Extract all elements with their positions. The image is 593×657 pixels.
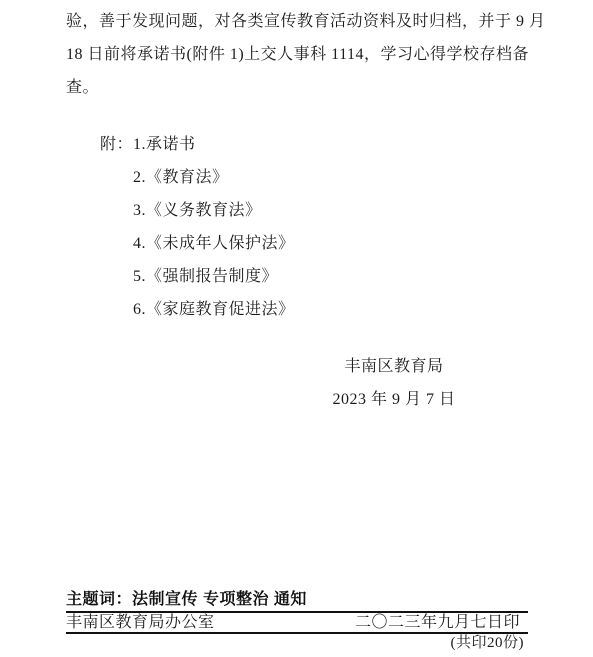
body-line: 18 日前将承诺书(附件 1)上交人事科 1114，学习心得学校存档备: [66, 38, 536, 71]
signature-block: 丰南区教育局 2023 年 9 月 7 日: [258, 350, 530, 416]
office-row: 丰南区教育局办公室 二〇二三年九月七日印: [66, 613, 528, 632]
attachments-block: 附： 1.承诺书 2.《教育法》 3.《义务教育法》 4.《未成年人保护法》 5…: [100, 128, 295, 326]
issuing-office: 丰南区教育局办公室: [66, 614, 215, 631]
attachment-item: 2.《教育法》: [133, 161, 295, 194]
footer-block: 主题词：法制宣传 专项整治 通知 丰南区教育局办公室 二〇二三年九月七日印 (共…: [66, 590, 528, 652]
attachment-item: 4.《未成年人保护法》: [133, 227, 295, 260]
document-page: 验，善于发现问题，对各类宣传教育活动资料及时归档，并于 9 月 18 日前将承诺…: [0, 0, 593, 657]
subject-keywords-line: 主题词：法制宣传 专项整治 通知: [66, 590, 528, 609]
body-line: 查。: [66, 71, 536, 104]
copies-row: (共印20份): [66, 634, 528, 652]
signature-org: 丰南区教育局: [258, 350, 530, 383]
attachment-item: 5.《强制报告制度》: [133, 260, 295, 293]
signature-date: 2023 年 9 月 7 日: [258, 383, 530, 416]
attachment-item: 3.《义务教育法》: [133, 194, 295, 227]
attachment-item: 1.承诺书: [133, 128, 295, 161]
attachments-label: 附：: [100, 128, 133, 326]
body-paragraph: 验，善于发现问题，对各类宣传教育活动资料及时归档，并于 9 月 18 日前将承诺…: [66, 5, 536, 104]
attachment-item: 6.《家庭教育促进法》: [133, 293, 295, 326]
attachments-row: 附： 1.承诺书 2.《教育法》 3.《义务教育法》 4.《未成年人保护法》 5…: [100, 128, 295, 326]
body-line: 验，善于发现问题，对各类宣传教育活动资料及时归档，并于 9 月: [66, 5, 536, 38]
print-date: 二〇二三年九月七日印: [355, 614, 528, 631]
attachments-list: 1.承诺书 2.《教育法》 3.《义务教育法》 4.《未成年人保护法》 5.《强…: [133, 128, 295, 326]
print-copies: (共印20份): [451, 635, 525, 651]
